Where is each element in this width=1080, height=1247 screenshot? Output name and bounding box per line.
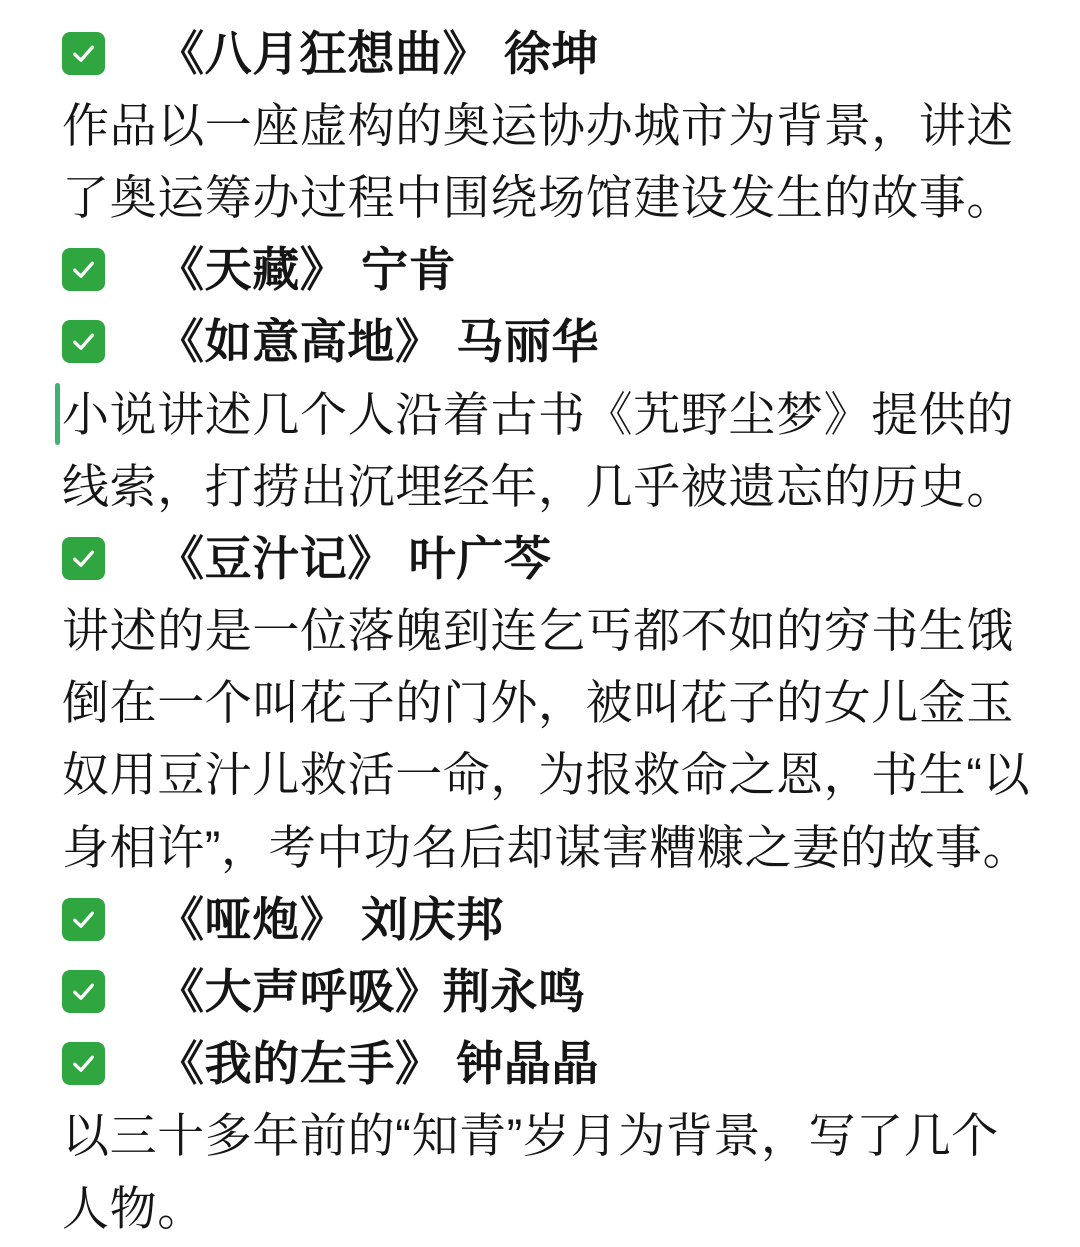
description-text: 线索，打捞出沉埋经年，几乎被遗忘的历史。 xyxy=(62,463,1014,510)
checked-checkbox-icon xyxy=(62,320,105,363)
description-line: 作品以一座虚构的奥运协办城市为背景，讲述 xyxy=(62,89,1022,161)
book-title-line: 《大声呼吸》荆永鸣 xyxy=(62,955,1022,1027)
description-line: 讲述的是一位落魄到连乞丐都不如的穷书生饿 xyxy=(62,595,1022,667)
description-line: 小说讲述几个人沿着古书《艽野尘梦》提供的 xyxy=(62,378,1022,450)
description-text: 奴用豆汁儿救活一命，为报救命之恩，书生“以 xyxy=(62,751,1030,798)
description-line: 倒在一个叫花子的门外，被叫花子的女儿金玉 xyxy=(62,667,1022,739)
description-text: 了奥运筹办过程中围绕场馆建设发生的故事。 xyxy=(62,174,1014,221)
book-title-text: 《如意高地》 马丽华 xyxy=(157,318,599,365)
book-title-line: 《八月狂想曲》 徐坤 xyxy=(62,17,1022,89)
note-editor[interactable]: 《八月狂想曲》 徐坤 作品以一座虚构的奥运协办城市为背景，讲述 了奥运筹办过程中… xyxy=(0,0,1080,1247)
book-title-text: 《哑炮》 刘庆邦 xyxy=(157,896,504,943)
description-line: 人物。 xyxy=(62,1172,1022,1244)
book-title-line: 《天藏》 宁肯 xyxy=(62,234,1022,306)
checked-checkbox-icon xyxy=(62,248,105,291)
description-text: 倒在一个叫花子的门外，被叫花子的女儿金玉 xyxy=(62,679,1014,726)
book-title-text: 《八月狂想曲》 徐坤 xyxy=(157,30,599,77)
text-cursor xyxy=(55,383,60,445)
description-text: 人物。 xyxy=(62,1185,205,1232)
checked-checkbox-icon xyxy=(62,898,105,941)
description-line: 奴用豆汁儿救活一命，为报救命之恩，书生“以 xyxy=(62,739,1022,811)
description-line: 以三十多年前的“知青”岁月为背景，写了几个 xyxy=(62,1100,1022,1172)
checked-checkbox-icon xyxy=(62,970,105,1013)
description-line: 了奥运筹办过程中围绕场馆建设发生的故事。 xyxy=(62,161,1022,233)
book-title-line: 《如意高地》 马丽华 xyxy=(62,306,1022,378)
book-title-line: 《哑炮》 刘庆邦 xyxy=(62,883,1022,955)
description-line: 线索，打捞出沉埋经年，几乎被遗忘的历史。 xyxy=(62,450,1022,522)
description-text: 作品以一座虚构的奥运协办城市为背景，讲述 xyxy=(62,102,1014,149)
book-title-text: 《我的左手》 钟晶晶 xyxy=(157,1040,599,1087)
description-text: 小说讲述几个人沿着古书《艽野尘梦》提供的 xyxy=(62,391,1014,438)
book-title-text: 《大声呼吸》荆永鸣 xyxy=(157,968,585,1015)
description-line: 身相许”，考中功名后却谋害糟糠之妻的故事。 xyxy=(62,811,1022,883)
description-text: 以三十多年前的“知青”岁月为背景，写了几个 xyxy=(62,1112,999,1159)
description-text: 讲述的是一位落魄到连乞丐都不如的穷书生饿 xyxy=(62,607,1014,654)
book-title-line: 《豆汁记》 叶广芩 xyxy=(62,522,1022,594)
book-title-line: 《我的左手》 钟晶晶 xyxy=(62,1028,1022,1100)
checked-checkbox-icon xyxy=(62,537,105,580)
checked-checkbox-icon xyxy=(62,1042,105,1085)
checked-checkbox-icon xyxy=(62,32,105,75)
book-title-text: 《天藏》 宁肯 xyxy=(157,246,456,293)
book-title-text: 《豆汁记》 叶广芩 xyxy=(157,535,551,582)
description-text: 身相许”，考中功名后却谋害糟糠之妻的故事。 xyxy=(62,824,1030,871)
